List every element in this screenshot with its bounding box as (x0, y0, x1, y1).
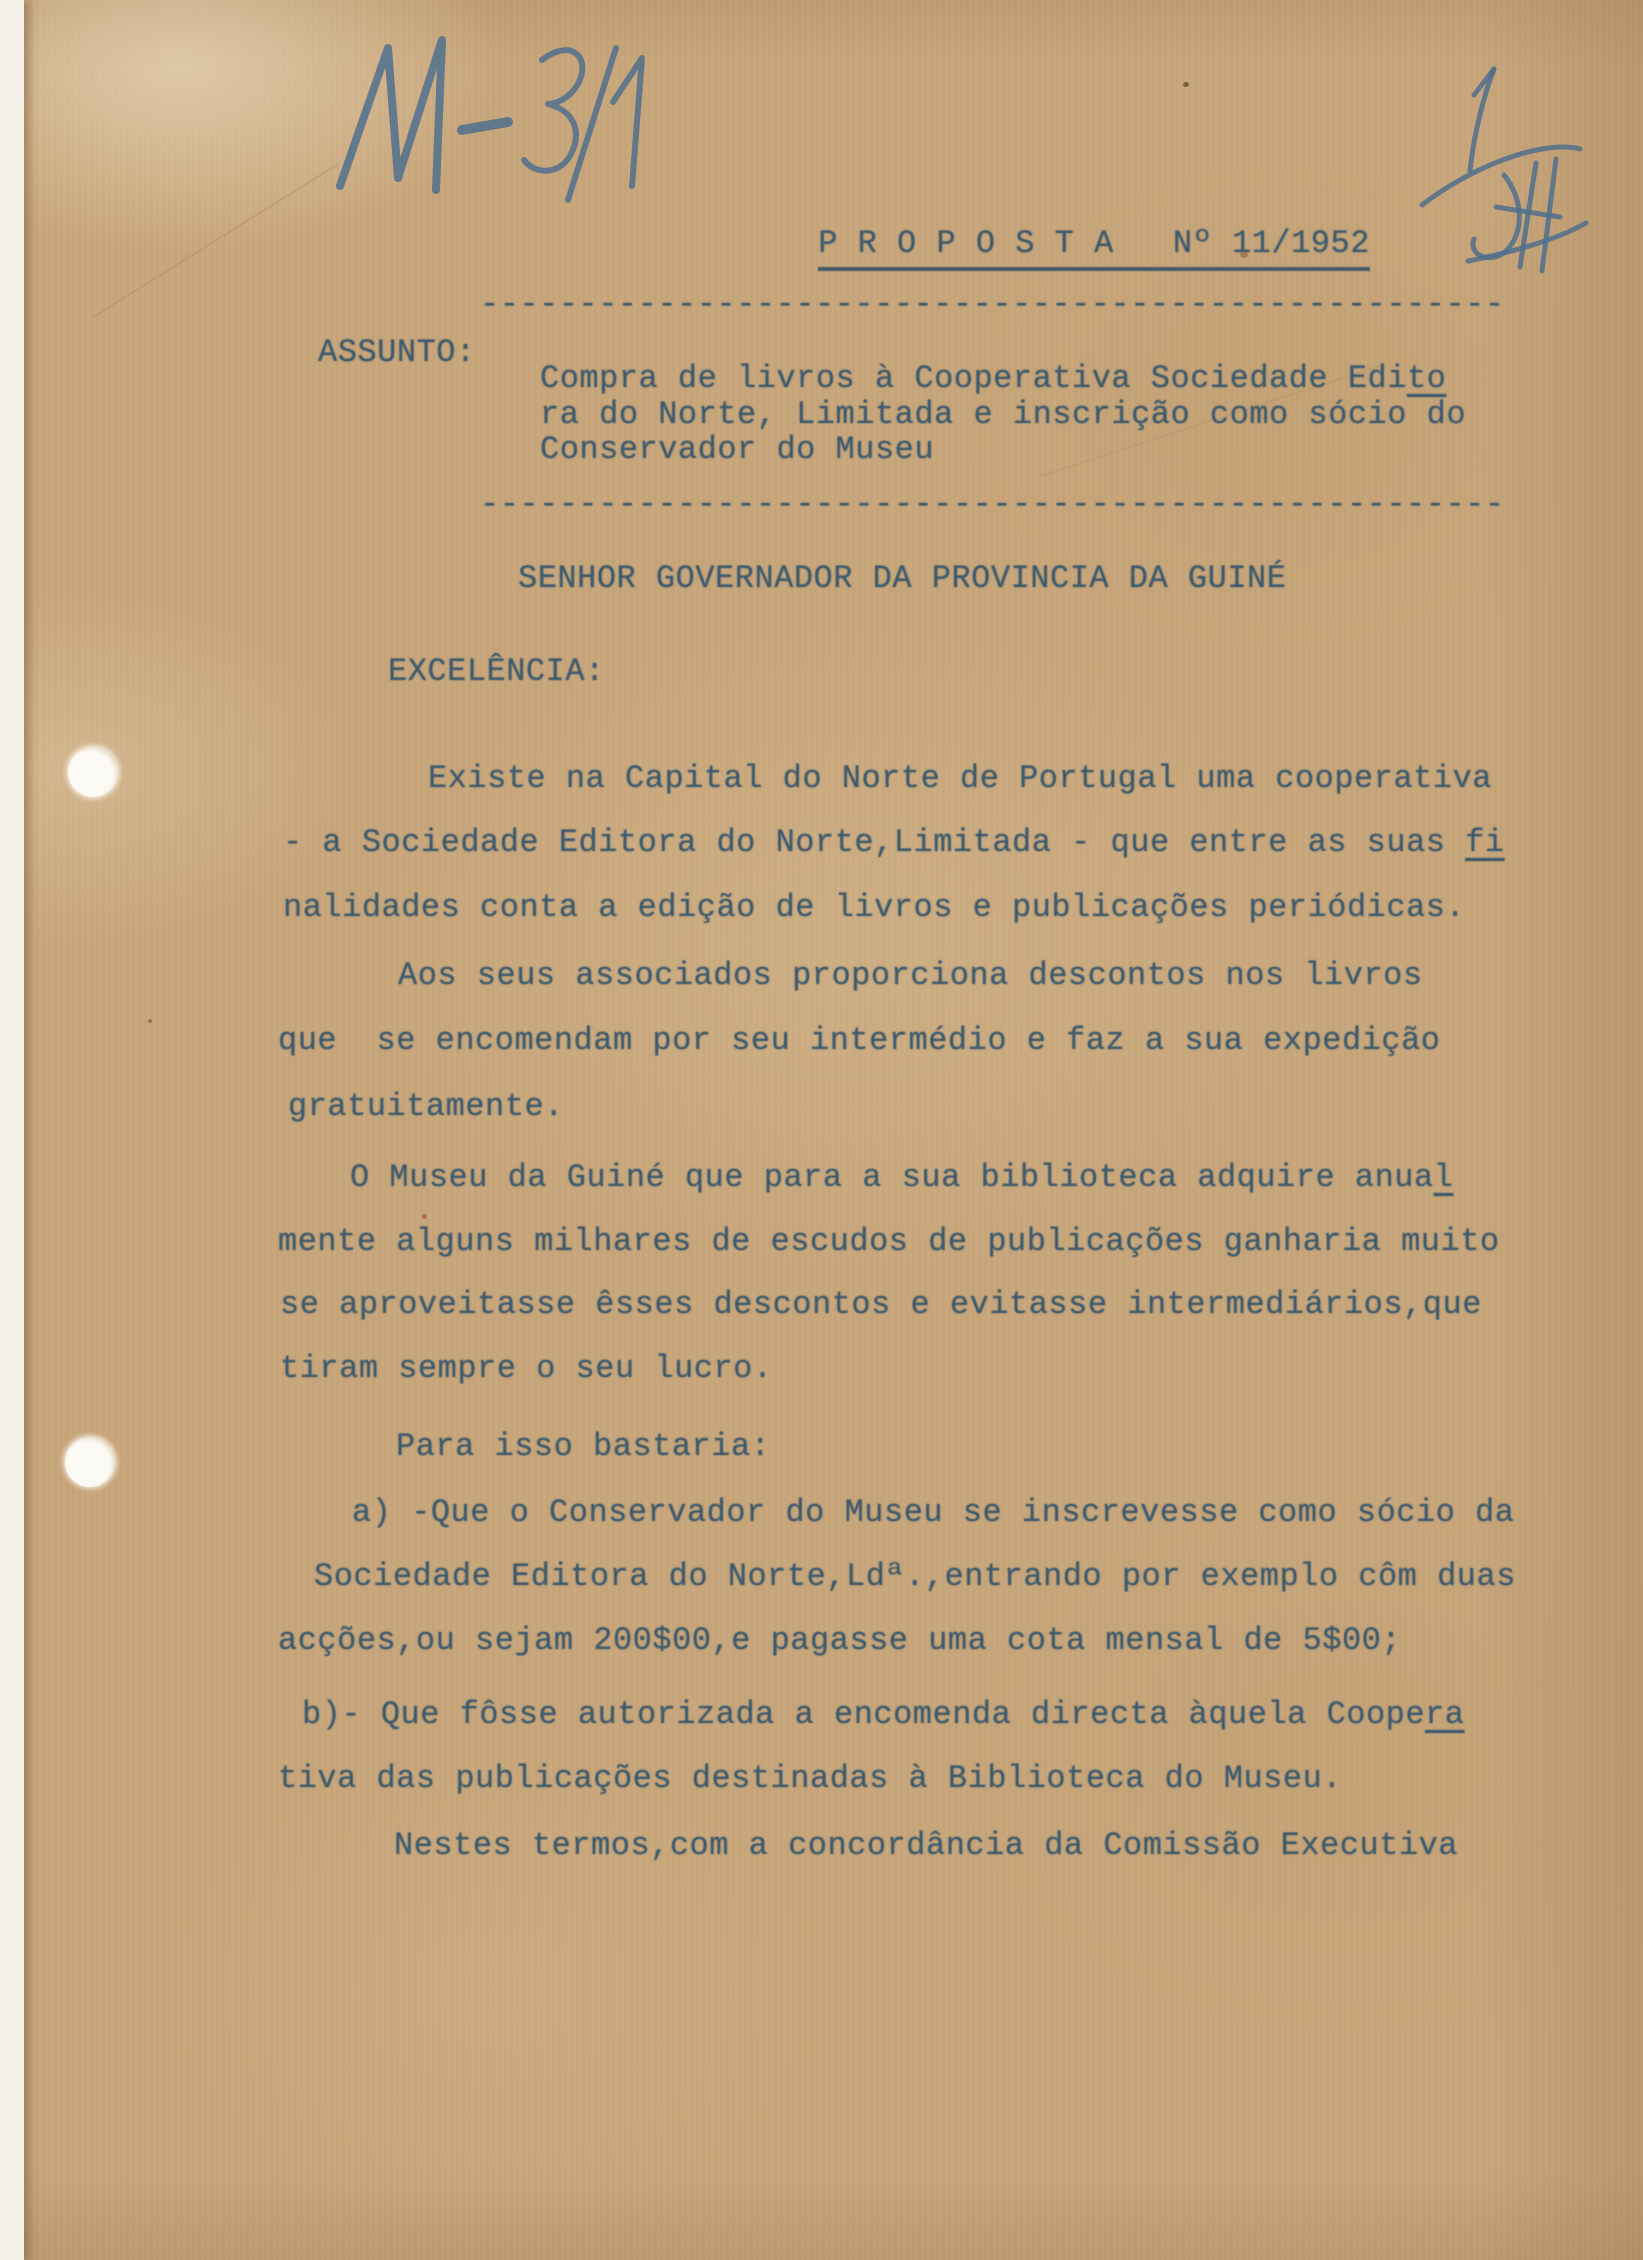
body-line: tiva das publicações destinadas à Biblio… (278, 1760, 1342, 1797)
body-line: Sociedade Editora do Norte,Ldª.,entrando… (314, 1558, 1516, 1595)
subject-line-1: Compra de livros à Cooperativa Sociedade… (540, 360, 1446, 397)
body-line: gratuitamente. (288, 1088, 564, 1125)
body-line: tiram sempre o seu lucro. (280, 1350, 773, 1387)
subject-label: ASSUNTO: (318, 334, 476, 371)
paper-speck (1183, 82, 1189, 87)
punch-hole-bottom (65, 1437, 115, 1487)
handwritten-annotation-m-3-1 (310, 18, 670, 208)
handwritten-page-number-and-initials (1408, 55, 1618, 275)
subject-line-3: Conservador do Museu (540, 431, 934, 468)
body-line: Aos seus associados proporciona desconto… (398, 957, 1423, 994)
body-line: O Museu da Guiné que para a sua bibliote… (350, 1159, 1453, 1196)
dashed-separator-top: ----------------------------------------… (480, 286, 1505, 323)
page-title-text: P R O P O S T A Nº 11/1952 (818, 225, 1370, 271)
body-line: mente alguns milhares de escudos de publ… (278, 1223, 1500, 1260)
body-line: que se encomendam por seu intermédio e f… (278, 1022, 1440, 1059)
dashed-separator-bottom: ----------------------------------------… (480, 486, 1505, 523)
body-line-item-b: b)- Que fôsse autorizada a encomenda dir… (302, 1696, 1464, 1733)
body-line: Nestes termos,com a concordância da Comi… (394, 1827, 1458, 1864)
body-line: Para isso bastaria: (396, 1428, 770, 1465)
paper-crease (92, 163, 339, 318)
subject-line-2: ra do Norte, Limitada e inscrição como s… (540, 396, 1466, 433)
greeting-line: EXCELÊNCIA: (388, 653, 605, 690)
scan-edge-strip (0, 0, 24, 2260)
scanned-document-page: P R O P O S T A Nº 11/1952 -------------… (0, 0, 1643, 2260)
body-line: se aproveitasse êsses descontos e evitas… (280, 1286, 1482, 1323)
body-line: acções,ou sejam 200$00,e pagasse uma cot… (278, 1622, 1401, 1659)
body-line: - a Sociedade Editora do Norte,Limitada … (283, 824, 1505, 861)
paper-speck (422, 1214, 427, 1219)
salutation-line: SENHOR GOVERNADOR DA PROVINCIA DA GUINÉ (518, 560, 1286, 597)
body-line: Existe na Capital do Norte de Portugal u… (428, 760, 1492, 797)
body-line: nalidades conta a edição de livros e pub… (283, 889, 1465, 926)
paper-speck (148, 1019, 152, 1023)
punch-hole-top (68, 747, 118, 797)
body-line-item-a: a) -Que o Conservador do Museu se inscre… (352, 1494, 1514, 1531)
